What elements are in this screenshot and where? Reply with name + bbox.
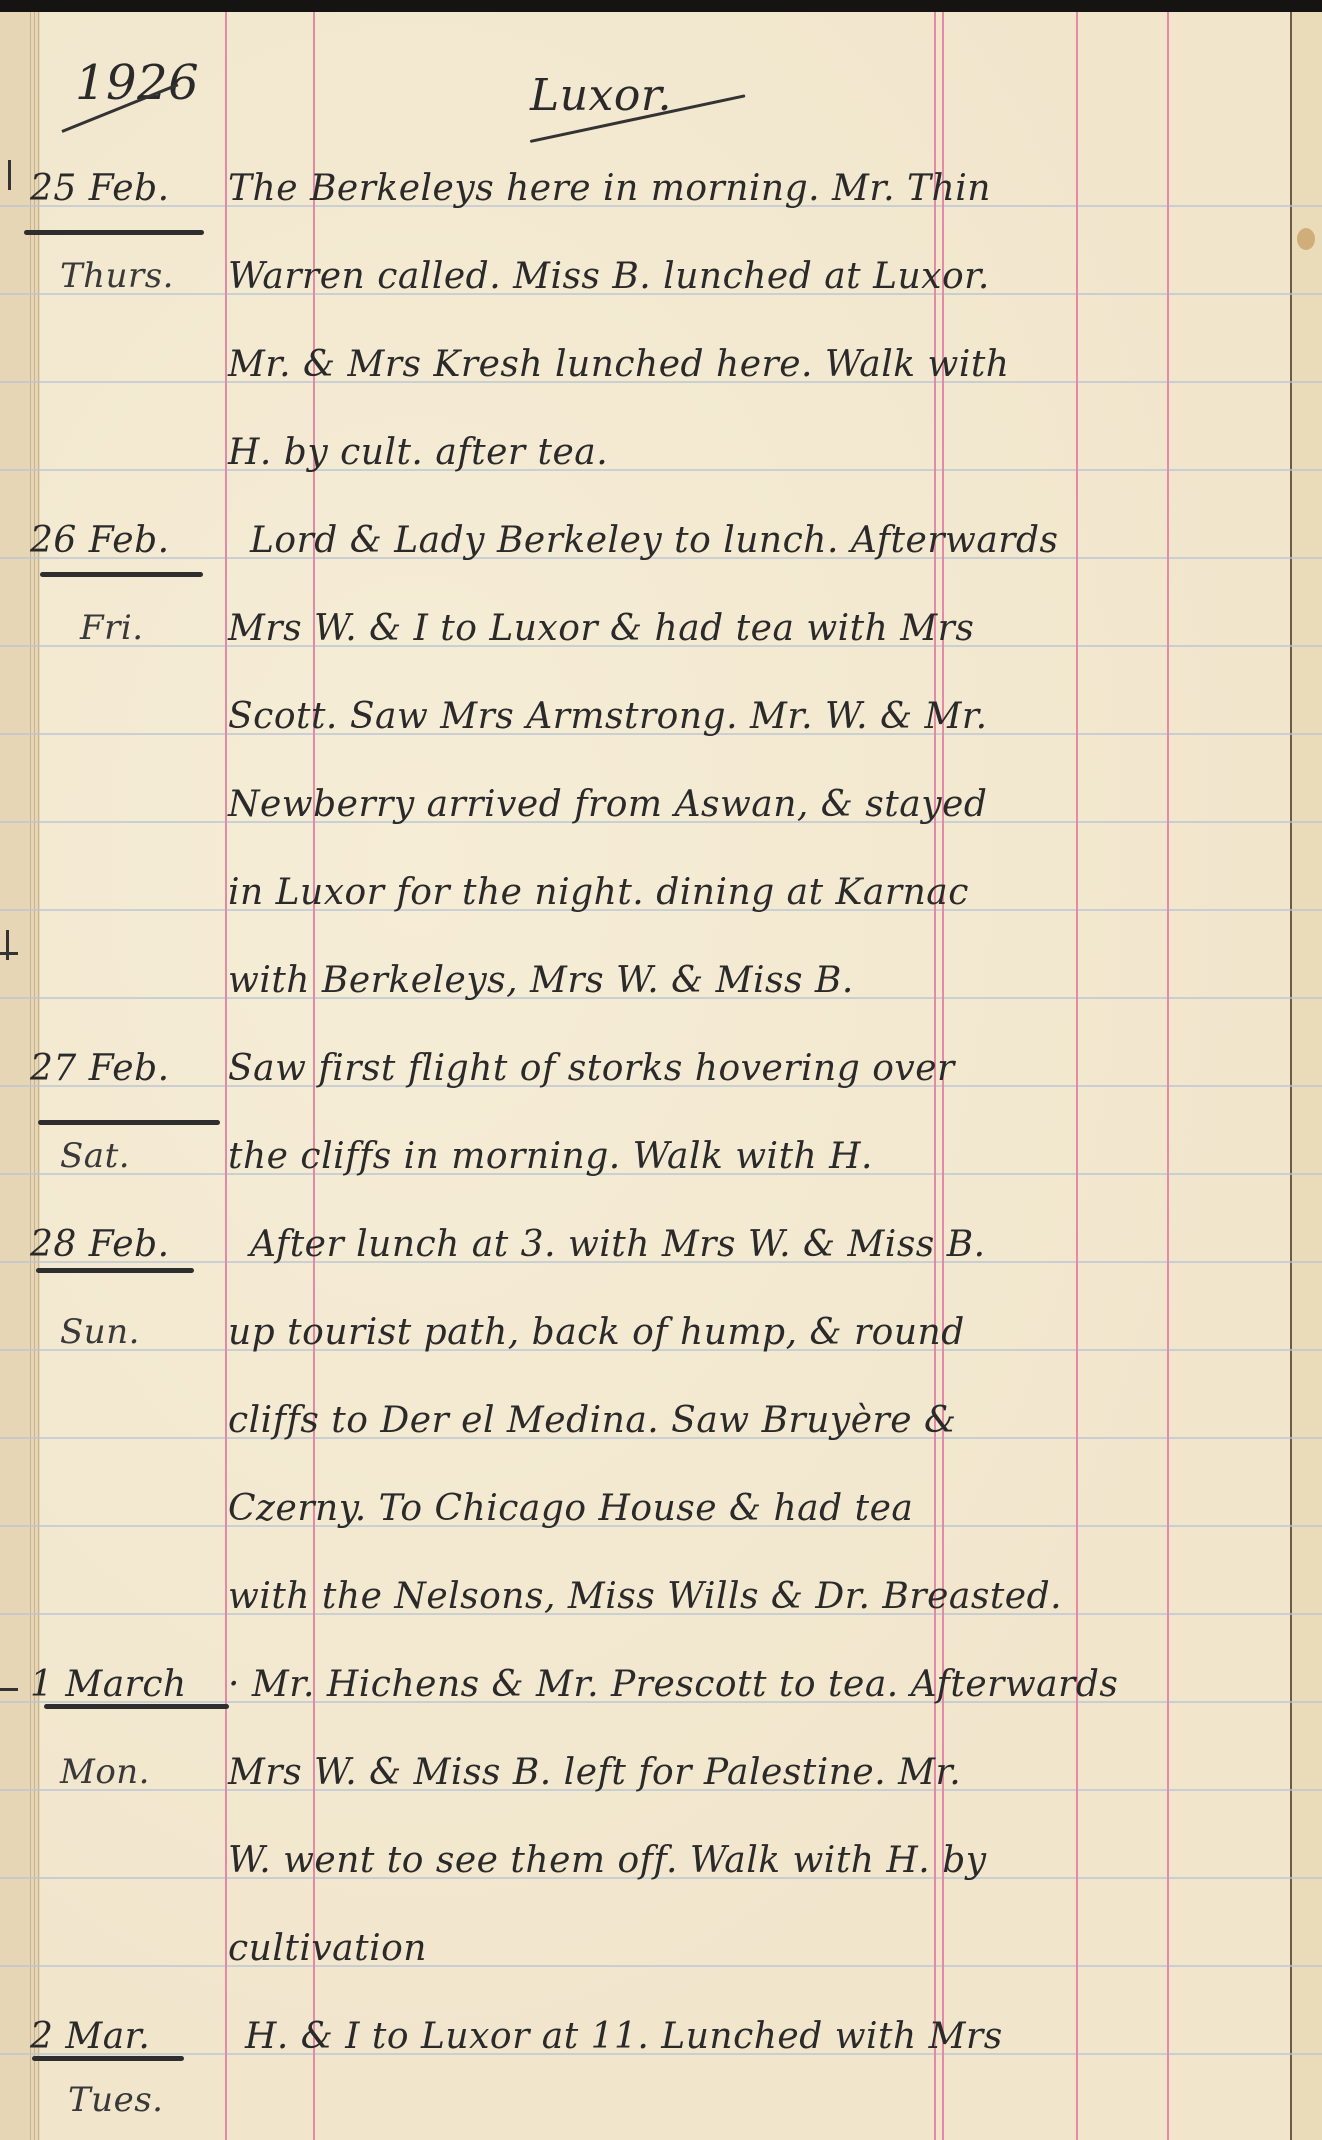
date-margin-line [225, 12, 227, 2140]
margin-line [1076, 12, 1078, 2140]
entry-line: Warren called. Miss B. lunched at Luxor. [228, 256, 990, 297]
margin-mark [6, 930, 9, 960]
entry-day: Tues. [68, 2080, 163, 2120]
entry-day: Sun. [60, 1312, 140, 1352]
entry-day: Mon. [60, 1752, 150, 1792]
entry-line: cliffs to Der el Medina. Saw Bruyère & [228, 1400, 957, 1441]
ruled-line [0, 469, 1322, 471]
facing-page-edge [1290, 12, 1322, 2140]
paper-stain [1297, 228, 1315, 250]
entry-line: Mrs W. & Miss B. left for Palestine. Mr. [228, 1752, 961, 1793]
entry-line: the cliffs in morning. Walk with H. [228, 1136, 873, 1177]
entry-line: Lord & Lady Berkeley to lunch. Afterward… [250, 520, 1059, 561]
margin-mark [0, 952, 18, 955]
entry-date: 25 Feb. [30, 168, 170, 209]
margin-line [1167, 12, 1169, 2140]
entry-date: 1 March [30, 1664, 187, 1705]
entry-line: Mr. & Mrs Kresh lunched here. Walk with [228, 344, 1010, 385]
date-underline [40, 572, 203, 577]
entry-line: Czerny. To Chicago House & had tea [228, 1488, 913, 1529]
entry-line: with the Nelsons, Miss Wills & Dr. Breas… [228, 1576, 1062, 1617]
margin-mark [8, 160, 11, 190]
entry-line: The Berkeleys here in morning. Mr. Thin [228, 168, 991, 209]
entry-date: 2 Mar. [30, 2016, 150, 2057]
entry-line: up tourist path, back of hump, & round [228, 1312, 965, 1353]
entry-line: H. & I to Luxor at 11. Lunched with Mrs [245, 2016, 1003, 2057]
entry-line: W. went to see them off. Walk with H. by [228, 1840, 987, 1881]
entry-date: 28 Feb. [30, 1224, 170, 1265]
entry-line: Newberry arrived from Aswan, & stayed [228, 784, 987, 825]
entry-line: cultivation [228, 1928, 427, 1969]
date-underline [24, 230, 204, 235]
entry-date: 27 Feb. [30, 1048, 170, 1089]
entry-line: After lunch at 3. with Mrs W. & Miss B. [250, 1224, 986, 1265]
date-underline [44, 1704, 229, 1709]
entry-line: Mrs W. & I to Luxor & had tea with Mrs [228, 608, 974, 649]
ruled-line [0, 1965, 1322, 1967]
margin-mark [0, 1688, 18, 1691]
entry-line: · Mr. Hichens & Mr. Prescott to tea. Aft… [228, 1664, 1118, 1705]
entry-line: Scott. Saw Mrs Armstrong. Mr. W. & Mr. [228, 696, 988, 737]
entry-date: 26 Feb. [30, 520, 170, 561]
date-underline [36, 1268, 194, 1273]
entry-line: H. by cult. after tea. [228, 432, 608, 473]
entry-line: in Luxor for the night. dining at Karnac [228, 872, 969, 913]
entry-line: with Berkeleys, Mrs W. & Miss B. [228, 960, 854, 1001]
entry-day: Sat. [60, 1136, 130, 1176]
date-underline [38, 1120, 220, 1125]
entry-day: Fri. [80, 608, 144, 648]
date-underline [32, 2056, 184, 2061]
entry-day: Thurs. [60, 256, 174, 296]
entry-line: Saw first flight of storks hovering over [228, 1048, 955, 1089]
top-shadow-band [0, 0, 1322, 12]
